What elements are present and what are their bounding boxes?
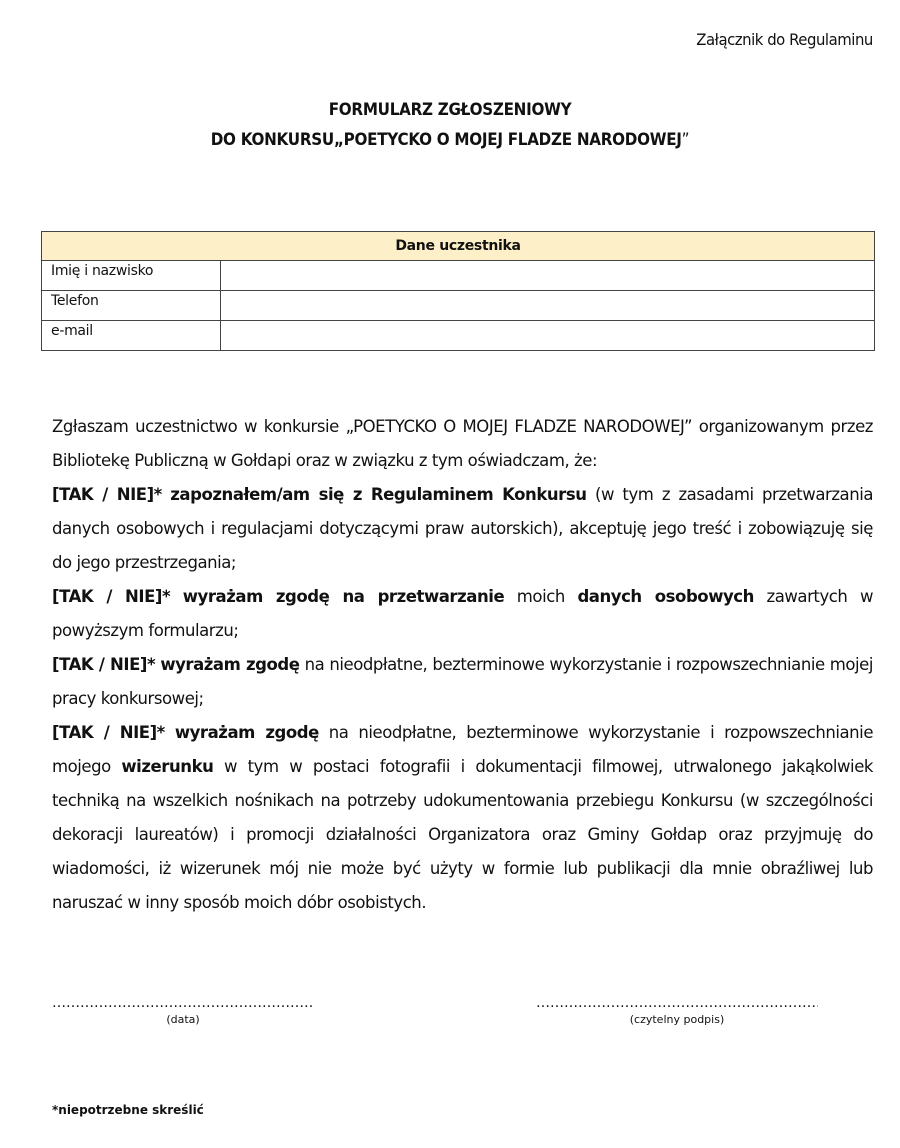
declaration-item-image-usage: [TAK / NIE]* wyrażam zgodę na nieodpłatn…: [52, 716, 873, 920]
declaration-item-regulations: [TAK / NIE]* zapoznałem/am się z Regulam…: [52, 478, 873, 580]
table-row: Telefon: [42, 291, 875, 321]
form-title-line-2: DO KONKURSU„POETYCKO O MOJEJ FLADZE NARO…: [36, 125, 864, 155]
signature-line[interactable]: …………………………………………………………………: [536, 995, 818, 1011]
date-signature-block: ……………………………………………………………… (data): [52, 995, 314, 1027]
declaration-body: Zgłaszam uczestnictwo w konkursie „POETY…: [52, 410, 873, 920]
name-field[interactable]: [221, 261, 875, 291]
declaration-bold: wyrażam zgodę na przetwarzanie: [183, 587, 504, 606]
form-title: FORMULARZ ZGŁOSZENIOWY DO KONKURSU„POETY…: [0, 95, 900, 155]
form-title-line-2-main: DO KONKURSU„POETYCKO O MOJEJ FLADZE NARO…: [211, 130, 682, 149]
declaration-bold: wyrażam zgodę: [175, 723, 319, 742]
footnote: *niepotrzebne skreślić: [52, 1103, 204, 1117]
consent-choice[interactable]: [TAK / NIE]*: [52, 485, 162, 504]
annex-label: Załącznik do Regulaminu: [696, 30, 873, 49]
declaration-text: w tym w postaci fotografii i dokumentacj…: [52, 757, 873, 912]
consent-choice[interactable]: [TAK / NIE]*: [52, 655, 155, 674]
declaration-bold: wyrażam zgodę: [160, 655, 299, 674]
participant-data-table: Dane uczestnika Imię i nazwisko Telefon …: [41, 231, 875, 351]
email-field[interactable]: [221, 321, 875, 351]
declaration-item-personal-data: [TAK / NIE]* wyrażam zgodę na przetwarza…: [52, 580, 873, 648]
phone-label: Telefon: [42, 291, 221, 321]
signature-block: ………………………………………………………………… (czytelny podp…: [536, 995, 818, 1027]
declaration-bold: zapoznałem/am się z Regulaminem Konkursu: [170, 485, 586, 504]
declaration-text: moich: [517, 587, 565, 606]
declaration-intro: Zgłaszam uczestnictwo w konkursie „POETY…: [52, 410, 873, 478]
name-label: Imię i nazwisko: [42, 261, 221, 291]
date-caption: (data): [52, 1013, 314, 1027]
closing-quote: ”: [682, 130, 690, 149]
phone-field[interactable]: [221, 291, 875, 321]
table-row: e-mail: [42, 321, 875, 351]
form-title-line-1: FORMULARZ ZGŁOSZENIOWY: [36, 95, 864, 125]
table-row: Imię i nazwisko: [42, 261, 875, 291]
email-label: e-mail: [42, 321, 221, 351]
date-line[interactable]: ………………………………………………………………: [52, 995, 314, 1011]
declaration-bold: wizerunku: [121, 757, 213, 776]
declaration-item-work-usage: [TAK / NIE]* wyrażam zgodę na nieodpłatn…: [52, 648, 873, 716]
consent-choice[interactable]: [TAK / NIE]*: [52, 587, 170, 606]
signature-caption: (czytelny podpis): [536, 1013, 818, 1027]
participant-table-heading: Dane uczestnika: [42, 232, 875, 261]
declaration-bold: danych osobowych: [577, 587, 753, 606]
consent-choice[interactable]: [TAK / NIE]*: [52, 723, 165, 742]
